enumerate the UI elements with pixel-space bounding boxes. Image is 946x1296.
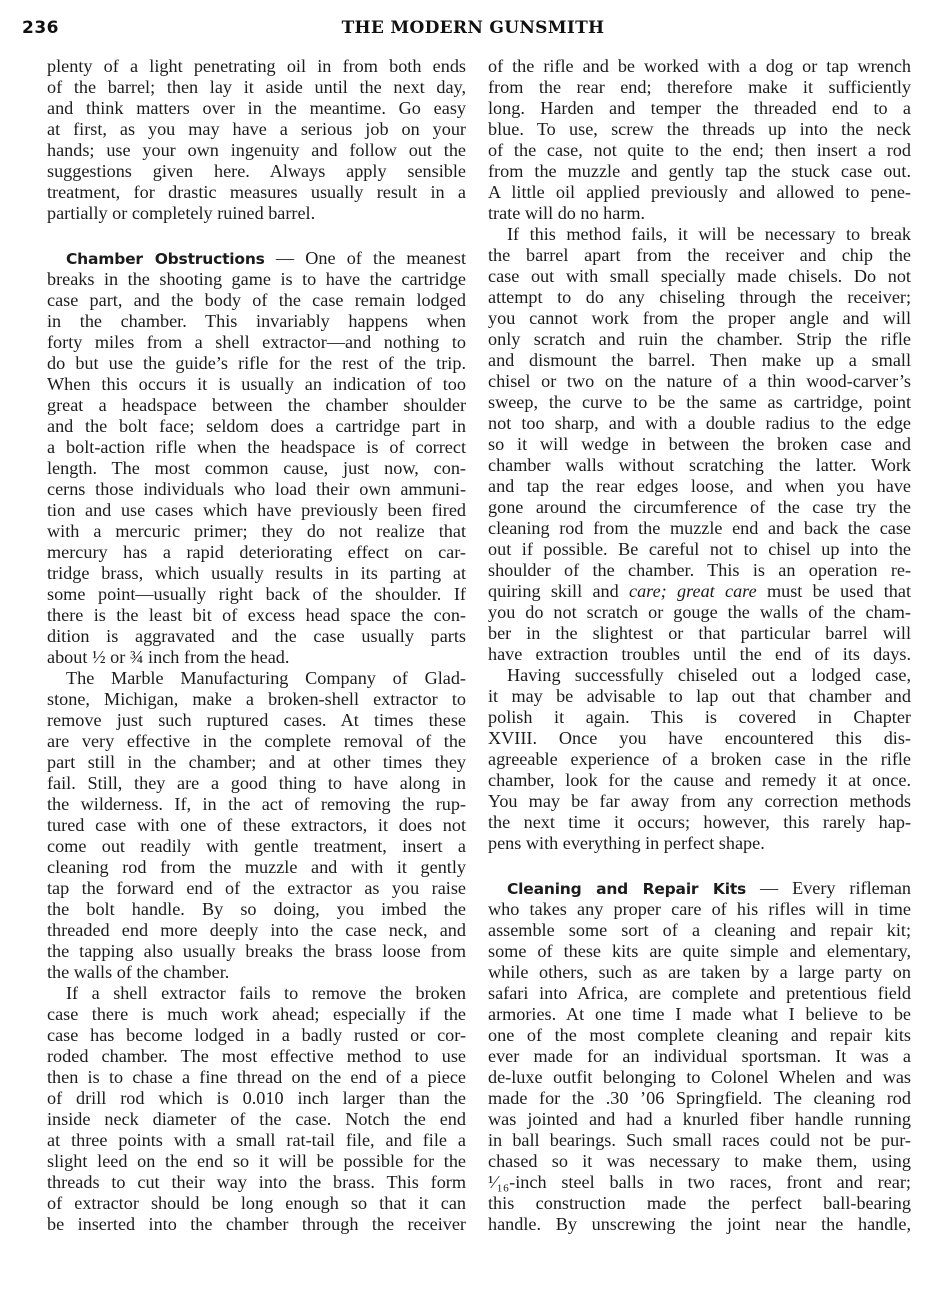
text-run: fail. Still, they are a good thing to ha…	[47, 773, 466, 793]
text-line: one of the most complete cleaning and re…	[488, 1025, 911, 1047]
text-line: remove just such ruptured cases. At time…	[47, 710, 466, 732]
text-line: who takes any proper care of his rifles …	[488, 899, 911, 921]
text-line: do but use the guide’s rifle for the res…	[47, 353, 466, 375]
text-run: of the case, not quite to the end; then …	[488, 140, 911, 160]
text-run: safari into Africa, are complete and pre…	[488, 983, 911, 1003]
text-line: some of these kits are quite simple and …	[488, 941, 911, 963]
text-run: tap the forward end of the extractor as …	[47, 878, 466, 898]
text-line: length. The most common cause, just now,…	[47, 458, 466, 480]
text-run: not too sharp, and with a double radius …	[488, 413, 911, 433]
text-run: remove just such ruptured cases. At time…	[47, 710, 466, 730]
text-line: breaks in the shooting game is to have t…	[47, 269, 466, 291]
text-line: mercury has a rapid deteriorating effect…	[47, 542, 466, 564]
text-line: slight leed on the end so it will be pos…	[47, 1151, 466, 1173]
text-line: roded chamber. The most effective method…	[47, 1046, 466, 1068]
text-run: come out readily with gentle treatment, …	[47, 836, 466, 856]
text-line: only scratch and ruin the chamber. Strip…	[488, 329, 911, 351]
text-run: one of the most complete cleaning and re…	[488, 1025, 911, 1045]
text-line: ever made for an individual sportsman. I…	[488, 1046, 911, 1068]
text-run: the barrel apart from the receiver and c…	[488, 245, 911, 265]
text-run: de-luxe outfit belonging to Colonel Whel…	[488, 1067, 911, 1087]
text-line: fail. Still, they are a good thing to ha…	[47, 773, 466, 795]
text-line: plenty of a light penetrating oil in fro…	[47, 56, 466, 78]
text-line: case there is much work ahead; especiall…	[47, 1004, 466, 1026]
text-run: ¹⁄₁₆-inch steel balls in two races, fron…	[488, 1172, 911, 1192]
section-heading-line: Cleaning and Repair Kits — Every riflema…	[488, 878, 911, 900]
text-line: of the case, not quite to the end; then …	[488, 140, 911, 162]
text-run: blue. To use, screw the threads up into …	[488, 119, 911, 139]
text-run: at first, as you may have a serious job …	[47, 119, 466, 139]
text-run: some of these kits are quite simple and …	[488, 941, 911, 961]
text-run: you cannot work from the proper angle an…	[488, 308, 911, 328]
text-line: armories. At one time I made what I beli…	[488, 1004, 911, 1026]
text-run: ever made for an individual sportsman. I…	[488, 1046, 911, 1066]
text-run: trate will do no harm.	[488, 203, 645, 223]
text-run: shoulder of the chamber. This is an oper…	[488, 560, 911, 580]
text-run: dition is aggravated and the case usuall…	[47, 626, 466, 646]
text-line: shoulder of the chamber. This is an oper…	[488, 560, 911, 582]
text-run: of the rifle and be worked with a dog or…	[488, 56, 911, 76]
text-line: a bolt-action rifle when the headspace i…	[47, 437, 466, 459]
text-run: a bolt-action rifle when the headspace i…	[47, 437, 466, 457]
text-line: at first, as you may have a serious job …	[47, 119, 466, 141]
text-line: then is to chase a fine thread on the en…	[47, 1067, 466, 1089]
text-line: the walls of the chamber.	[47, 962, 466, 984]
text-run: If a shell extractor fails to remove the…	[66, 983, 466, 1003]
text-run: tured case with one of these extractors,…	[47, 815, 466, 835]
text-run: who takes any proper care of his rifles …	[488, 899, 911, 919]
text-line: part still in the chamber; and at other …	[47, 752, 466, 774]
em-dash: —	[746, 878, 792, 898]
text-line: the bolt handle. By so doing, you imbed …	[47, 899, 466, 921]
text-line: you cannot work from the proper angle an…	[488, 308, 911, 330]
text-run: from the rear end; therefore make it suf…	[488, 77, 911, 97]
text-run: tridge brass, which usually results in i…	[47, 563, 466, 583]
text-run: armories. At one time I made what I beli…	[488, 1004, 911, 1024]
text-line: not too sharp, and with a double radius …	[488, 413, 911, 435]
text-line: attempt to do any chiseling through the …	[488, 287, 911, 309]
text-line: tion and use cases which have previously…	[47, 500, 466, 522]
text-run: with a mercuric primer; they do not real…	[47, 521, 466, 541]
text-line: dition is aggravated and the case usuall…	[47, 626, 466, 648]
text-line: are very effective in the complete remov…	[47, 731, 466, 753]
em-dash: —	[265, 248, 306, 268]
text-run: case there is much work ahead; especiall…	[47, 1004, 466, 1024]
text-run: great a headspace between the chamber sh…	[47, 395, 466, 415]
text-run: out if possible. Be careful not to chise…	[488, 539, 911, 559]
text-line: inside neck diameter of the case. Notch …	[47, 1109, 466, 1131]
text-line: sweep, the curve to be the same as cartr…	[488, 392, 911, 414]
text-line: partially or completely ruined barrel.	[47, 203, 466, 225]
text-line: If a shell extractor fails to remove the…	[47, 983, 466, 1005]
text-run: cerns those individuals who load their o…	[47, 479, 466, 499]
text-line: A little oil applied previously and allo…	[488, 182, 911, 204]
text-run: stone, Michigan, make a broken-shell ext…	[47, 689, 466, 709]
text-run: then is to chase a fine thread on the en…	[47, 1067, 466, 1087]
running-title: THE MODERN GUNSMITH	[0, 18, 946, 38]
section-heading: Chamber Obstructions	[66, 250, 265, 268]
text-run: A little oil applied previously and allo…	[488, 182, 911, 202]
text-run: and think matters over in the meantime. …	[47, 98, 466, 118]
text-line: about ½ or ¾ inch from the head.	[47, 647, 466, 669]
text-line: tured case with one of these extractors,…	[47, 815, 466, 837]
text-run: the next time it occurs; however, this r…	[488, 812, 911, 832]
text-line: and think matters over in the meantime. …	[47, 98, 466, 120]
text-line: tridge brass, which usually results in i…	[47, 563, 466, 585]
text-run: of drill rod which is 0.010 inch larger …	[47, 1088, 466, 1108]
text-line: treatment, for drastic measures usually …	[47, 182, 466, 204]
text-run: length. The most common cause, just now,…	[47, 458, 466, 478]
text-line: great a headspace between the chamber sh…	[47, 395, 466, 417]
text-run: you do not scratch or gouge the walls of…	[488, 602, 911, 622]
text-line: some point—usually right back of the sho…	[47, 584, 466, 606]
text-run: it may be advisable to lap out that cham…	[488, 686, 911, 706]
text-line: case has become lodged in a badly rusted…	[47, 1025, 466, 1047]
text-run: polish it again. This is covered in Chap…	[488, 707, 911, 727]
text-run: case out with small specially made chise…	[488, 266, 911, 286]
text-run: Every rifleman	[792, 878, 911, 898]
text-run: case part, and the body of the case rema…	[47, 290, 466, 310]
text-run: of the barrel; then lay it aside until t…	[47, 77, 466, 97]
text-line: out if possible. Be careful not to chise…	[488, 539, 911, 561]
text-run: this construction made the perfect ball-…	[488, 1193, 911, 1213]
text-run: When this occurs it is usually an indica…	[47, 374, 466, 394]
text-run: at three points with a small rat-tail fi…	[47, 1130, 466, 1150]
text-run: there is the least bit of excess head sp…	[47, 605, 466, 625]
text-run: and dismount the barrel. Then make up a …	[488, 350, 911, 370]
text-run: of extractor should be long enough so th…	[47, 1193, 466, 1213]
text-run: about ½ or ¾ inch from the head.	[47, 647, 289, 667]
text-run: and tap the rear edges loose, and when y…	[488, 476, 911, 496]
text-line: you do not scratch or gouge the walls of…	[488, 602, 911, 624]
text-line: the next time it occurs; however, this r…	[488, 812, 911, 834]
text-line: there is the least bit of excess head sp…	[47, 605, 466, 627]
text-line: of drill rod which is 0.010 inch larger …	[47, 1088, 466, 1110]
text-run: in ball bearings. Such small races could…	[488, 1130, 911, 1150]
text-run: One of the meanest	[305, 248, 466, 268]
text-line: in ball bearings. Such small races could…	[488, 1130, 911, 1152]
text-line: trate will do no harm.	[488, 203, 911, 225]
text-run: gone around the circumference of the cas…	[488, 497, 911, 517]
text-line: agreeable experience of a broken case in…	[488, 749, 911, 771]
text-line: made for the .30 ’06 Springfield. The cl…	[488, 1088, 911, 1110]
text-line: and tap the rear edges loose, and when y…	[488, 476, 911, 498]
text-line: suggestions given here. Always apply sen…	[47, 161, 466, 183]
text-run: agreeable experience of a broken case in…	[488, 749, 911, 769]
text-line: of the rifle and be worked with a dog or…	[488, 56, 911, 78]
text-line: safari into Africa, are complete and pre…	[488, 983, 911, 1005]
text-line: cerns those individuals who load their o…	[47, 479, 466, 501]
text-line: come out readily with gentle treatment, …	[47, 836, 466, 858]
text-line: this construction made the perfect ball-…	[488, 1193, 911, 1215]
text-run: chamber, look for the cause and remedy i…	[488, 770, 911, 790]
text-line: was jointed and had a knurled fiber hand…	[488, 1109, 911, 1131]
text-line: of the barrel; then lay it aside until t…	[47, 77, 466, 99]
text-run: long. Harden and temper the threaded end…	[488, 98, 911, 118]
text-run: threads to cut their way into the brass.…	[47, 1172, 466, 1192]
text-run: some point—usually right back of the sho…	[47, 584, 466, 604]
text-run: tion and use cases which have previously…	[47, 500, 466, 520]
text-run: cleaning rod from the muzzle and with it…	[47, 857, 466, 877]
text-run: was jointed and had a knurled fiber hand…	[488, 1109, 911, 1129]
text-line: tap the forward end of the extractor as …	[47, 878, 466, 900]
text-run: made for the .30 ’06 Springfield. The cl…	[488, 1088, 911, 1108]
text-line: threads to cut their way into the brass.…	[47, 1172, 466, 1194]
text-run: inside neck diameter of the case. Notch …	[47, 1109, 466, 1129]
text-line: chisel or two on the nature of a thin wo…	[488, 371, 911, 393]
text-line: the wilderness. If, in the act of removi…	[47, 794, 466, 816]
text-run: the wilderness. If, in the act of removi…	[47, 794, 466, 814]
text-run: assemble some sort of a cleaning and rep…	[488, 920, 911, 940]
text-run: case has become lodged in a badly rusted…	[47, 1025, 466, 1045]
text-run: You may be far away from any correction …	[488, 791, 911, 811]
text-line: handle. By unscrewing the joint near the…	[488, 1214, 911, 1236]
text-line: chamber, look for the cause and remedy i…	[488, 770, 911, 792]
text-run: sweep, the curve to be the same as cartr…	[488, 392, 911, 412]
page-header: 236 THE MODERN GUNSMITH	[0, 14, 946, 44]
italic-emphasis: care; great care	[629, 581, 757, 601]
text-line: at three points with a small rat-tail fi…	[47, 1130, 466, 1152]
text-line: cleaning rod from the muzzle end and bac…	[488, 518, 911, 540]
text-line: so it will wedge in between the broken c…	[488, 434, 911, 456]
text-run: chamber walls without scratching the lat…	[488, 455, 911, 475]
text-line: gone around the circumference of the cas…	[488, 497, 911, 519]
text-line: quiring skill and care; great care must …	[488, 581, 911, 603]
text-run: ber in the slightest or that particular …	[488, 623, 911, 643]
section-heading: Cleaning and Repair Kits	[507, 880, 746, 898]
text-run: threaded end more deeply into the case n…	[47, 920, 466, 940]
text-line: stone, Michigan, make a broken-shell ext…	[47, 689, 466, 711]
text-line: the tapping also usually breaks the bras…	[47, 941, 466, 963]
text-run: the tapping also usually breaks the bras…	[47, 941, 466, 961]
text-run: hands; use your own ingenuity and follow…	[47, 140, 466, 160]
text-line: with a mercuric primer; they do not real…	[47, 521, 466, 543]
text-line: threaded end more deeply into the case n…	[47, 920, 466, 942]
text-line: be inserted into the chamber through the…	[47, 1214, 466, 1236]
text-line: and dismount the barrel. Then make up a …	[488, 350, 911, 372]
text-run: while others, such as are taken by a lar…	[488, 962, 911, 982]
text-line: de-luxe outfit belonging to Colonel Whel…	[488, 1067, 911, 1089]
text-line: from the muzzle and gently tap the stuck…	[488, 161, 911, 183]
text-line: chamber walls without scratching the lat…	[488, 455, 911, 477]
text-run: forty miles from a shell extractor—and n…	[47, 332, 466, 352]
text-line: hands; use your own ingenuity and follow…	[47, 140, 466, 162]
text-run: from the muzzle and gently tap the stuck…	[488, 161, 911, 181]
text-line: You may be far away from any correction …	[488, 791, 911, 813]
text-run: roded chamber. The most effective method…	[47, 1046, 466, 1066]
text-line: polish it again. This is covered in Chap…	[488, 707, 911, 729]
text-line: The Marble Manufacturing Company of Glad…	[47, 668, 466, 690]
text-run: attempt to do any chiseling through the …	[488, 287, 911, 307]
text-line: long. Harden and temper the threaded end…	[488, 98, 911, 120]
text-run: suggestions given here. Always apply sen…	[47, 161, 466, 181]
text-run: Having successfully chiseled out a lodge…	[507, 665, 911, 685]
text-line: XVIII. Once you have encountered this di…	[488, 728, 911, 750]
text-line: ber in the slightest or that particular …	[488, 623, 911, 645]
text-line: have extraction troubles until the end o…	[488, 644, 911, 666]
text-line: cleaning rod from the muzzle and with it…	[47, 857, 466, 879]
text-run: must be used that	[757, 581, 911, 601]
text-line: pens with everything in perfect shape.	[488, 833, 911, 855]
text-line: case part, and the body of the case rema…	[47, 290, 466, 312]
text-run: have extraction troubles until the end o…	[488, 644, 911, 664]
text-line: case out with small specially made chise…	[488, 266, 911, 288]
text-line: from the rear end; therefore make it suf…	[488, 77, 911, 99]
text-run: and the bolt face; seldom does a cartrid…	[47, 416, 466, 436]
text-run: only scratch and ruin the chamber. Strip…	[488, 329, 911, 349]
text-run: quiring skill and	[488, 581, 629, 601]
text-line: while others, such as are taken by a lar…	[488, 962, 911, 984]
text-line: the barrel apart from the receiver and c…	[488, 245, 911, 267]
text-run: the walls of the chamber.	[47, 962, 229, 982]
section-heading-line: Chamber Obstructions — One of the meanes…	[47, 248, 466, 270]
text-line: of extractor should be long enough so th…	[47, 1193, 466, 1215]
text-run: partially or completely ruined barrel.	[47, 203, 315, 223]
text-run: in the chamber. This invariably happens …	[47, 311, 466, 331]
text-line: ¹⁄₁₆-inch steel balls in two races, fron…	[488, 1172, 911, 1194]
text-run: pens with everything in perfect shape.	[488, 833, 765, 853]
text-line: assemble some sort of a cleaning and rep…	[488, 920, 911, 942]
text-run: do but use the guide’s rifle for the res…	[47, 353, 466, 373]
text-run: be inserted into the chamber through the…	[47, 1214, 466, 1234]
text-run: mercury has a rapid deteriorating effect…	[47, 542, 466, 562]
text-run: chased so it was necessary to make them,…	[488, 1151, 911, 1171]
text-run: The Marble Manufacturing Company of Glad…	[66, 668, 466, 688]
text-run: chisel or two on the nature of a thin wo…	[488, 371, 911, 391]
text-run: so it will wedge in between the broken c…	[488, 434, 911, 454]
text-line: forty miles from a shell extractor—and n…	[47, 332, 466, 354]
text-run: part still in the chamber; and at other …	[47, 752, 466, 772]
text-line: Having successfully chiseled out a lodge…	[488, 665, 911, 687]
text-run: are very effective in the complete remov…	[47, 731, 466, 751]
text-run: handle. By unscrewing the joint near the…	[488, 1214, 911, 1234]
text-run: the bolt handle. By so doing, you imbed …	[47, 899, 466, 919]
text-run: plenty of a light penetrating oil in fro…	[47, 56, 466, 76]
text-line: If this method fails, it will be necessa…	[488, 224, 911, 246]
text-run: breaks in the shooting game is to have t…	[47, 269, 466, 289]
text-line: and the bolt face; seldom does a cartrid…	[47, 416, 466, 438]
text-run: treatment, for drastic measures usually …	[47, 182, 466, 202]
text-line: chased so it was necessary to make them,…	[488, 1151, 911, 1173]
text-run: XVIII. Once you have encountered this di…	[488, 728, 911, 748]
text-run: cleaning rod from the muzzle end and bac…	[488, 518, 911, 538]
text-line: When this occurs it is usually an indica…	[47, 374, 466, 396]
text-run: slight leed on the end so it will be pos…	[47, 1151, 466, 1171]
text-line: blue. To use, screw the threads up into …	[488, 119, 911, 141]
text-line: in the chamber. This invariably happens …	[47, 311, 466, 333]
text-run: If this method fails, it will be necessa…	[507, 224, 911, 244]
text-line: it may be advisable to lap out that cham…	[488, 686, 911, 708]
